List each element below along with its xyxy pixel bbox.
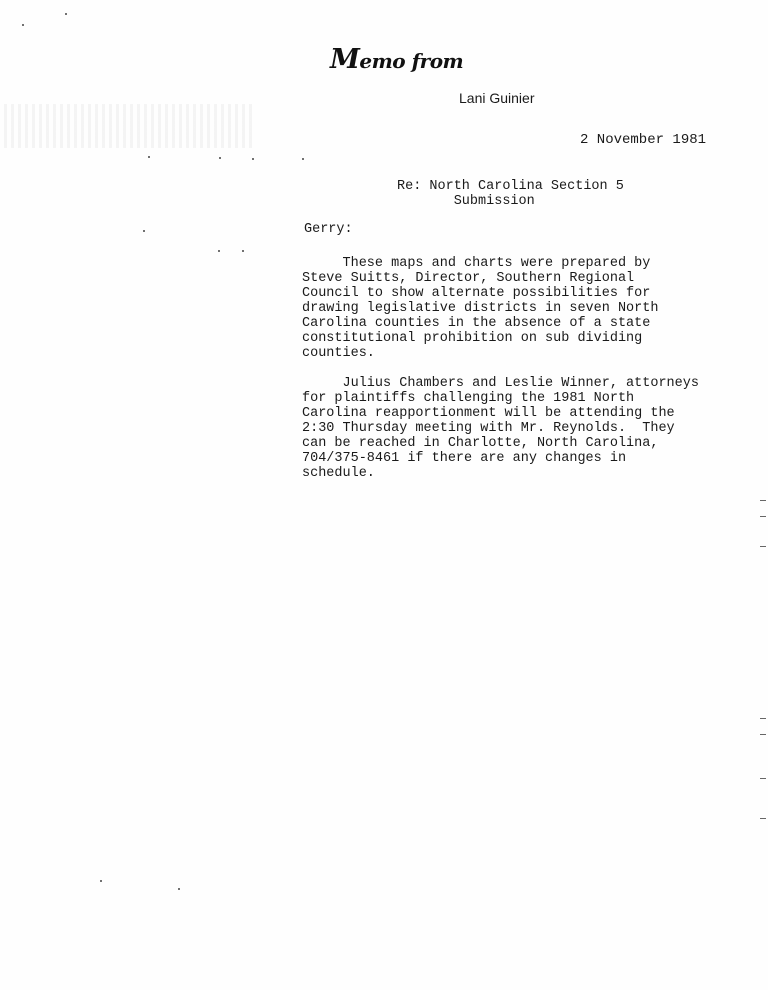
edge-mark	[760, 818, 766, 819]
memo-date: 2 November 1981	[580, 132, 706, 148]
memo-page: Memo from Lani Guinier 2 November 1981 R…	[0, 0, 768, 990]
scan-speck	[22, 24, 24, 26]
memo-subject: Re: North Carolina Section 5 Submission	[397, 179, 624, 209]
scan-speck	[219, 157, 221, 159]
scan-speck	[302, 158, 304, 160]
salutation: Gerry:	[304, 222, 353, 237]
letterhead-initial: M	[330, 44, 359, 75]
letterhead-text: emo from	[359, 49, 463, 73]
scan-speck	[178, 888, 180, 890]
scan-smudge	[4, 104, 256, 148]
edge-mark	[760, 734, 766, 735]
paragraph-1: These maps and charts were prepared by S…	[302, 256, 658, 361]
edge-mark	[760, 718, 766, 719]
paragraph-2: Julius Chambers and Leslie Winner, attor…	[302, 376, 699, 481]
scan-speck	[100, 880, 102, 882]
scan-speck	[65, 13, 67, 15]
scan-speck	[148, 156, 150, 158]
scan-speck	[242, 250, 244, 252]
memo-letterhead: Memo from	[330, 44, 463, 75]
edge-mark	[760, 500, 766, 501]
edge-mark	[760, 778, 766, 779]
sender-name: Lani Guinier	[459, 90, 535, 106]
scan-speck	[252, 158, 254, 160]
edge-mark	[760, 546, 766, 547]
scan-speck	[218, 250, 220, 252]
scan-speck	[143, 230, 145, 232]
edge-mark	[760, 516, 766, 517]
